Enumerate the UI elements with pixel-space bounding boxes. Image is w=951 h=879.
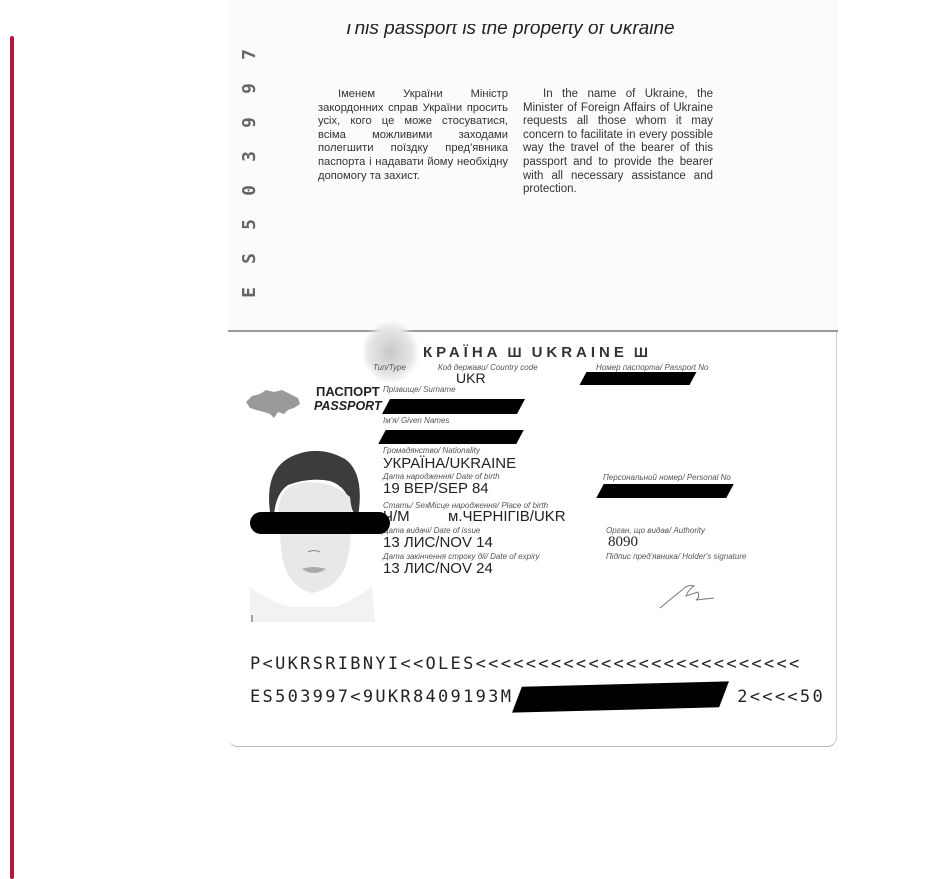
data-page: КРАЇНАШUKRAINEШ Тип/Type Код держави/ Co… (228, 332, 837, 747)
trident-icon: Ш (634, 344, 652, 360)
place-of-birth: м.ЧЕРНІГІВ/UKR (448, 508, 566, 525)
type-label: Тип/Type (373, 363, 406, 372)
blurred-region (363, 322, 418, 382)
country-code: UKR (456, 370, 486, 386)
doc-title-en: PASSPORT (314, 399, 382, 413)
perforated-char: E (233, 281, 267, 305)
nationality-label: Громадянство/ Nationality (383, 446, 480, 455)
country-en: UKRAINE (532, 344, 628, 361)
perforated-char: 9 (233, 77, 267, 101)
perforated-char: 7 (233, 43, 267, 67)
holder-signature (658, 580, 718, 610)
eye-redaction-bar (250, 512, 390, 534)
given-names-label: Ім'я/ Given Names (383, 416, 449, 425)
trident-icon: Ш (507, 344, 525, 360)
perforated-char: 5 (233, 213, 267, 237)
personal-no-label: Персональний номер/ Personal No (603, 473, 731, 482)
perforated-char: S (233, 247, 267, 271)
ukraine-map-icon (244, 388, 302, 422)
observations-page: This passport is the property of Ukraine… (228, 0, 838, 332)
personal-no-redaction (596, 484, 733, 498)
nationality: УКРАЇНА/UKRAINE (383, 455, 516, 472)
country-header: КРАЇНАШUKRAINEШ (423, 344, 658, 361)
surname-redaction (382, 399, 525, 414)
authority: 8090 (608, 534, 638, 551)
mrz-line-2-end: 2<<<<50 (737, 687, 825, 707)
doc-title-ua: ПАСПОРТ (316, 384, 380, 399)
perforated-serial-number: 799305SE (238, 38, 262, 278)
perforated-char: 0 (233, 179, 267, 203)
mrz-line-1: P<UKRSRIBNYI<<OLES<<<<<<<<<<<<<<<<<<<<<<… (250, 654, 802, 674)
mrz-line-2-start: ES503997<9UKR8409193M (250, 687, 513, 707)
date-of-birth: 19 ВЕР/SEP 84 (383, 480, 489, 497)
passport-no-redaction (580, 372, 697, 385)
issue-date: 13 ЛИС/NOV 14 (383, 534, 493, 551)
property-notice: This passport is the property of Ukraine (343, 18, 675, 40)
request-text-ukrainian: Іменем України Міністр закордонних справ… (318, 88, 508, 183)
country-ua: КРАЇНА (423, 344, 501, 361)
request-en-body: In the name of Ukraine, the Minister of … (523, 88, 713, 195)
passport-no-label: Номер паспорта/ Passport No (596, 363, 708, 372)
passport-scan: This passport is the property of Ukraine… (228, 0, 838, 748)
binding-thread (10, 36, 14, 879)
mrz-redaction (512, 681, 729, 712)
expiry-date: 13 ЛИС/NOV 24 (383, 560, 493, 577)
perforated-char: 9 (233, 111, 267, 135)
perforated-char: 3 (233, 145, 267, 169)
request-ua-body: Іменем України Міністр закордонних справ… (318, 88, 508, 182)
signature-label: Підпис пред'явника/ Holder's signature (606, 552, 746, 561)
given-names-redaction (378, 430, 523, 444)
country-code-label: Код держави/ Country code (438, 363, 538, 372)
request-text-english: In the name of Ukraine, the Minister of … (523, 88, 713, 197)
surname-label: Прізвище/ Surname (383, 385, 456, 394)
